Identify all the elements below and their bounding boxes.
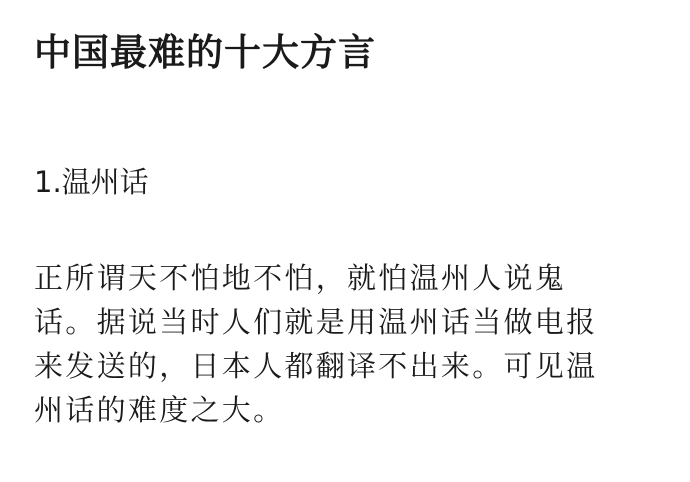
section-body: 正所谓天不怕地不怕，就怕温州人说鬼 话。据说当时人们就是用温州话当做电报 来发送… <box>34 256 664 432</box>
body-line: 来发送的，日本人都翻译不出来。可见温 <box>34 344 664 388</box>
article-title: 中国最难的十大方言 <box>34 30 376 76</box>
body-line: 正所谓天不怕地不怕，就怕温州人说鬼 <box>34 256 664 300</box>
section-heading: 1.温州话 <box>34 162 149 202</box>
body-line: 话。据说当时人们就是用温州话当做电报 <box>34 300 664 344</box>
body-line: 州话的难度之大。 <box>34 388 664 432</box>
